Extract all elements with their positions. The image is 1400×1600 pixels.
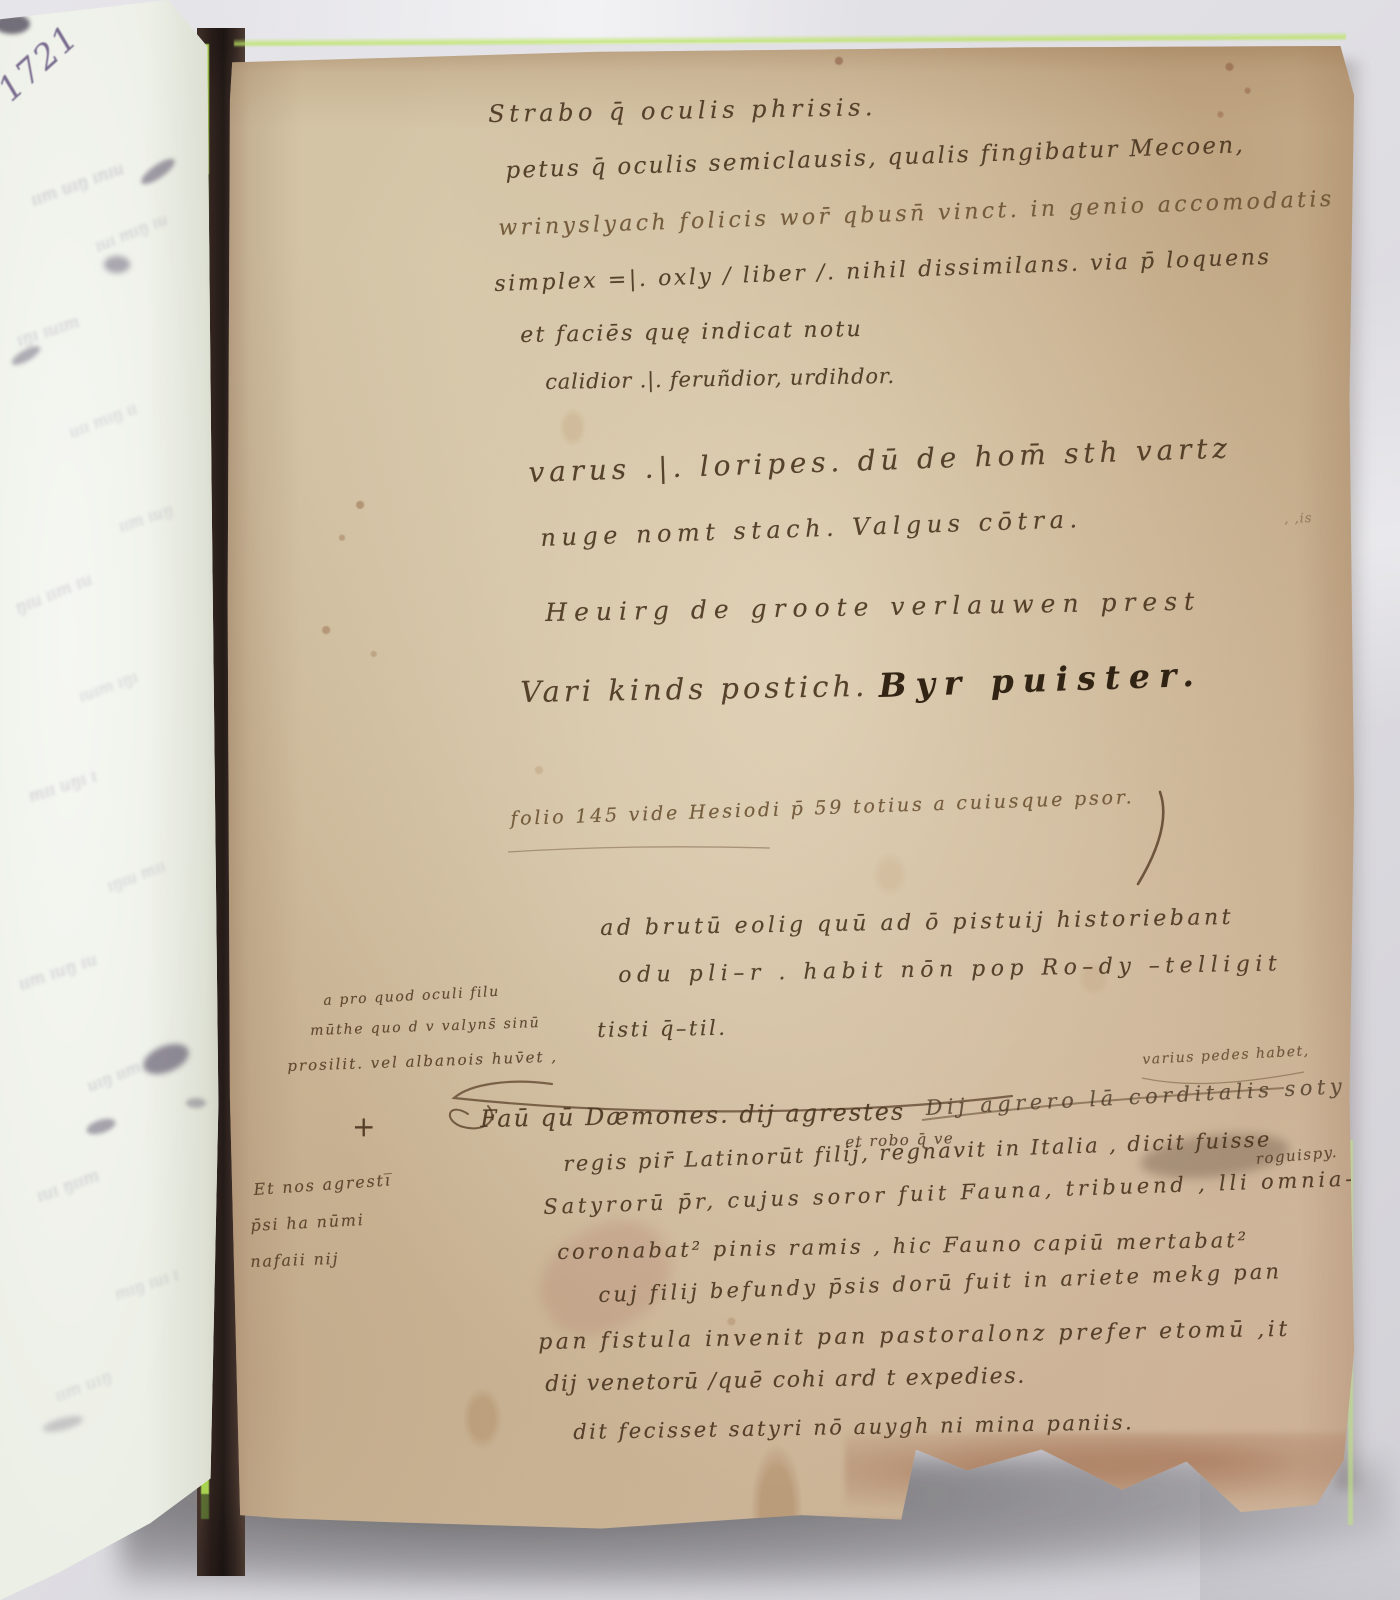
manuscript-line: coronabat² pinis ramis , hic Fauno capiū… (557, 1228, 1249, 1264)
showthrough-scribble: uıı mıŋ ıı (66, 398, 140, 441)
showthrough-scribble: uıŋ ıım (84, 1057, 143, 1096)
manuscript-line: varus .|. loripes. dū de hom̄ sth vartz (528, 431, 1232, 489)
manuscript-line: Byr puister. (878, 655, 1203, 705)
ink-smudge (0, 14, 30, 34)
manuscript-line: wrinyslyach folicis wor̄ qbusn̄ vinct. i… (498, 187, 1335, 241)
manuscript-line: nuge nomt stach. Valgus cōtra. (540, 505, 1083, 552)
showthrough-scribble: ıım ıuŋ (116, 500, 175, 536)
manuscript-line: prosilit. vel albanois huv̄et , (287, 1048, 558, 1075)
ink-smudge (104, 256, 130, 273)
ink-smudge (186, 1098, 206, 1108)
showthrough-scribble: ıım ıuŋ ıu (16, 949, 100, 994)
manuscript-line: Vari kinds postich. (520, 669, 869, 709)
manuscript-line: et faciēs quę indicat notu (520, 317, 863, 348)
manuscript-line: ad brutū eolig quū ad ō pistuij historie… (600, 905, 1234, 941)
ink-smudge (41, 1413, 85, 1435)
showthrough-scribble: ıuı ŋıım (34, 1166, 102, 1207)
showthrough-scribble: ıŋıu mıı (104, 856, 168, 896)
showthrough-scribble: ıım uıŋ ınıu (28, 159, 127, 211)
folio-underline (508, 847, 770, 852)
manuscript-line: Et nos agresti̅ (253, 1170, 392, 1199)
page-top-green-fringe (234, 32, 1346, 48)
showthrough-scribble: ŋıu ıım ıu (12, 569, 95, 618)
manuscript-line: Heuirg de groote verlauwen prest (545, 587, 1201, 627)
manuscript-line: petus q̄ oculis semiclausis, qualis fing… (505, 132, 1245, 184)
manuscript-line: folio 145 vide Hesiodi p̄ 59 totius a cu… (510, 786, 1135, 830)
manuscript-line: p̄si ha nūmi (250, 1210, 365, 1235)
showthrough-scribble: ıuı mıŋ ıu (92, 209, 170, 255)
manuscript-line: odu pli–r . habit nōn pop Ro–dy –telligi… (618, 951, 1282, 988)
showthrough-scribble: ıuım ıŋı (76, 667, 140, 706)
photo-scene: 1721 ıım uıŋ ınıuıuı mıŋ ıuıŋı ıuımuıı m… (0, 0, 1400, 1600)
manuscript-line: cuj filij befundy p̄sis dorū fuit in ari… (598, 1259, 1283, 1307)
pen-comma-stroke (1138, 792, 1163, 884)
manuscript-line: ‚ ‚is (1284, 511, 1313, 527)
ink-smudge (138, 155, 178, 189)
manuscript-line: Strabo q̄ oculis phrisis. (488, 93, 877, 128)
showthrough-scribble: ıŋı ıuım (14, 312, 82, 351)
manuscript-line: pan fistula invenit pan pastoralonz pref… (538, 1317, 1291, 1355)
manuscript-line: mūthe quo d v valyns̄ sinū (310, 1015, 541, 1039)
showthrough-scribble: ıım uıŋ (52, 1367, 115, 1407)
manuscript-line: dij venetorū /quē cohi ard t expedies. (545, 1364, 1026, 1397)
manuscript-line: Faū qū Dæmones. dij agrestes (480, 1098, 905, 1133)
manuscript-line: simplex =|. oxly / liber /. nihil dissim… (494, 245, 1272, 297)
left-page: 1721 ıım uıŋ ınıuıuı mıŋ ıuıŋı ıuımuıı m… (0, 0, 224, 1600)
manuscript-line: calidior .|. feruñdior, urdihdor. (545, 364, 895, 394)
ink-smudge (139, 1038, 193, 1080)
manuscript-line: varius pedes habet, (1142, 1043, 1310, 1068)
manuscript-line: a pro quod oculi filu (323, 984, 500, 1009)
manuscript-line: Satyrorū p̄r, cujus soror fuit Fauna, tr… (543, 1167, 1357, 1219)
manuscript-page: Strabo q̄ oculis phrisis.petus q̄ oculis… (222, 40, 1354, 1530)
showthrough-scribble: mıŋ ıuı ı (112, 1264, 181, 1304)
ink-smudge (85, 1116, 118, 1138)
manuscript-line: + (352, 1110, 375, 1143)
manuscript-line: dit fecisset satyri nō auygh ni mina pan… (573, 1410, 1134, 1444)
manuscript-line: tisti q̄–til. (597, 1016, 728, 1042)
manuscript-line: nafaii nij (250, 1249, 340, 1271)
showthrough-scribble: mıı uŋı ı (26, 766, 99, 807)
manuscript-line: Dij agrero lā corditalis soty (925, 1074, 1347, 1120)
